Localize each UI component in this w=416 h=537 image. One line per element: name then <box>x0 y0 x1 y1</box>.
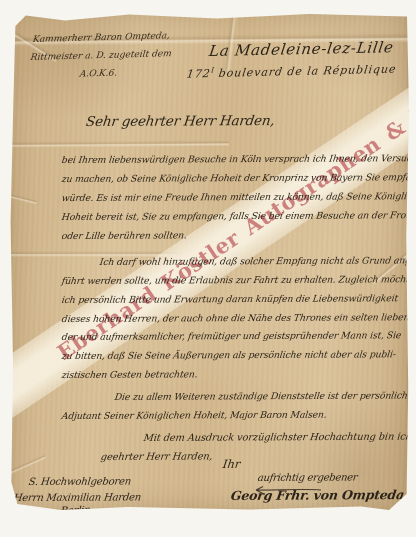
body-line: zu machen, ob Seine Königliche Hoheit de… <box>61 172 409 185</box>
body-line: Adjutant Seiner Königlichen Hoheit, Majo… <box>61 410 327 422</box>
crease-mid-left <box>9 140 229 148</box>
body-line: zistischen Gesten betrachten. <box>61 369 198 381</box>
body-line: oder Lille berühren sollten. <box>61 230 188 242</box>
body-line: ich persönlich Bitte und Erwartung daran… <box>61 293 399 306</box>
body-line: der und aufmerksamlicher, freimütiger un… <box>61 330 402 343</box>
street-line: 172I boulevard de la République <box>186 62 397 81</box>
street-number: 172 <box>186 67 212 81</box>
recipient-city: Berlin. <box>60 505 94 512</box>
sender-block: Kammerherr Baron Ompteda, Rittmeister a.… <box>27 27 175 85</box>
crease-bottom-left <box>9 454 46 476</box>
letter-paper: Eberhard Köstler Autographen & Bücher Ka… <box>9 11 409 512</box>
place-line: La Madeleine-lez-Lille <box>208 38 395 60</box>
closing-line: Mit dem Ausdruck vorzüglichster Hochacht… <box>143 431 409 444</box>
body-line: Die zu allem Weiteren zuständige Diensts… <box>114 390 409 403</box>
valediction: aufrichtig ergebener <box>257 472 358 484</box>
closing-line: geehrter Herr Harden, <box>100 451 213 463</box>
body-line: führt werden sollte, um die Erlaubnis zu… <box>61 274 409 287</box>
closing-ihr: Ihr <box>222 457 241 471</box>
street-rest: boulevard de la République <box>213 63 397 80</box>
recipient-line: Berlin. <box>60 505 94 512</box>
scan-background: Eberhard Köstler Autographen & Bücher Ka… <box>0 0 416 537</box>
recipient-line: Herrn Maximilian Harden <box>13 492 142 504</box>
body-line: Ich darf wohl hinzufügen, daß solcher Em… <box>99 255 409 268</box>
crease-left-edge <box>9 192 37 205</box>
body-line: Hoheit bereit ist, Sie zu empfangen, fal… <box>61 210 409 223</box>
body-line: dieses hohen Herren, der auch ohne die N… <box>61 312 409 325</box>
body-line: bei Ihrem liebenswürdigen Besuche in Köl… <box>61 153 409 166</box>
body-line: zu bitten, daß Sie Seine Äußerungen als … <box>61 349 397 362</box>
recipient-line: S. Hochwohlgeboren <box>28 476 132 488</box>
signature-name: Georg Frhr. von Ompteda. <box>230 487 409 503</box>
salutation: Sehr geehrter Herr Harden, <box>85 113 276 130</box>
body-line: würde. Es ist mir eine Freude Ihnen mitt… <box>61 191 409 204</box>
